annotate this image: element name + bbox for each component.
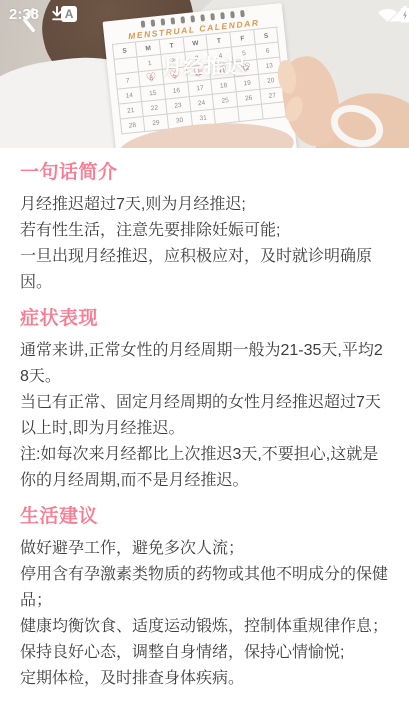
calendar-day-cell bbox=[215, 107, 240, 124]
section-heading: 症状表现 bbox=[20, 306, 389, 332]
section-paragraph: 当已有正常、固定月经周期的女性月经推迟超过7天以上时,即为月经推迟。 bbox=[20, 390, 389, 442]
calendar-day-cell bbox=[238, 105, 263, 122]
section-paragraph: 注:如每次来月经都比上次推迟3天,不要担心,这就是你的月经周期,而不是月经推迟。 bbox=[20, 442, 389, 494]
hero-image: MENSTRUAL CALENDAR SMTWTFS12345678♡9♡10♡… bbox=[0, 0, 409, 148]
section-paragraph: 通常来讲,正常女性的月经周期一般为21-35天,平均28天。 bbox=[20, 338, 389, 390]
content-section: 生活建议做好避孕工作，避免多次人流；停用含有孕激素类物质的药物或其他不明成分的保… bbox=[20, 504, 389, 692]
section-paragraph: 做好避孕工作，避免多次人流； bbox=[20, 536, 389, 562]
section-paragraph: 一旦出现月经推迟，应积极应对，及时就诊明确原因。 bbox=[20, 244, 389, 296]
article-content[interactable]: 一句话简介月经推迟超过7天,则为月经推迟;若有性生活，注意先要排除妊娠可能; 一… bbox=[0, 148, 409, 722]
section-paragraph: 保持良好心态，调整自身情绪，保持心情愉悦; bbox=[20, 640, 389, 666]
status-time: 2:38 bbox=[9, 6, 39, 23]
section-paragraph: 月经推迟超过7天,则为月经推迟; bbox=[20, 192, 389, 218]
app-screen: MENSTRUAL CALENDAR SMTWTFS12345678♡9♡10♡… bbox=[0, 0, 409, 728]
status-bar: 2:38 A bbox=[0, 0, 409, 28]
section-heading: 一句话简介 bbox=[20, 160, 389, 186]
section-heading: 生活建议 bbox=[20, 504, 389, 530]
section-paragraph: 停用含有孕激素类物质的药物或其他不明成分的保健品； bbox=[20, 562, 389, 614]
section-paragraph: 若有性生活，注意先要排除妊娠可能; bbox=[20, 218, 389, 244]
page-title: 月经推迟 bbox=[163, 50, 247, 79]
section-paragraph: 定期体检，及时排查身体疾病。 bbox=[20, 666, 389, 692]
content-section: 症状表现通常来讲,正常女性的月经周期一般为21-35天,平均28天。当已有正常、… bbox=[20, 306, 389, 494]
calendar-day-cell: 28 bbox=[120, 117, 145, 134]
title-bar: 月经推迟 bbox=[0, 44, 409, 84]
section-paragraph: 健康均衡饮食、适度运动锻炼，控制体重规律作息； bbox=[20, 614, 389, 640]
content-section: 一句话简介月经推迟超过7天,则为月经推迟;若有性生活，注意先要排除妊娠可能; 一… bbox=[20, 160, 389, 296]
